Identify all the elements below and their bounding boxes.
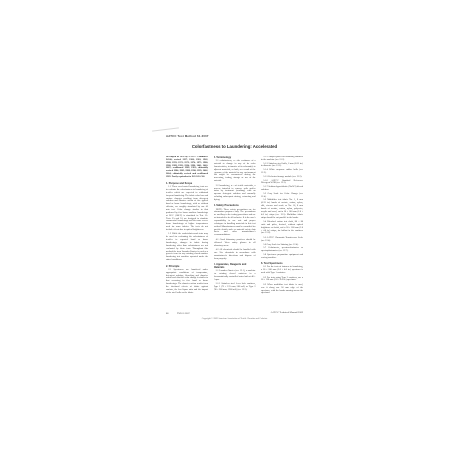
section-heading-principle: 2. Principle: [166, 265, 208, 268]
column-1: Developed in 1956 by AATCC Committee RA6…: [166, 156, 208, 308]
paragraph: 5.3 Multifiber test fabric No. 1, 8 mm (…: [261, 199, 303, 219]
section-heading-purpose-and-scope: 1. Purpose and Scope: [166, 182, 208, 185]
document-body-columns: Developed in 1956 by AATCC Committee RA6…: [166, 156, 303, 308]
development-history-note: Developed in 1956 by AATCC Committee RA6…: [166, 156, 208, 179]
list-item: 5.1.7 Sodium hypochlorite (NaOCl) bleach…: [261, 186, 303, 192]
list-item: 5.8 Specimen preparation equipment and s…: [261, 254, 303, 260]
scan-artifact-line: [152, 127, 179, 131]
footer-manual-ref: AATCC Technical Manual/2009: [166, 311, 303, 314]
paragraph: NOTE: These safety precautions are for i…: [214, 209, 256, 238]
list-item: 5.6 Gray Scale for Staining (see 12.4).: [261, 244, 303, 247]
document-header-ref: AATCC Test Method 61-2007: [166, 134, 209, 138]
list-item: 5.1.4 White neoprene rubber balls (see 1…: [261, 169, 303, 175]
paragraph: 6.2 For tests using Type 2 canisters, us…: [261, 277, 303, 283]
paragraph: 6.1 For the tests of fastness to launder…: [261, 266, 303, 275]
list-item: 5.7 Colorimeter, spectrocolorimeter or s…: [261, 247, 303, 253]
paragraph: 6.3 When multifiber test fabric is used,…: [261, 284, 303, 295]
paragraph: 5.1.1 Stainless steel lever lock caniste…: [214, 283, 256, 292]
list-item: 5.1.6 AATCC Standard Reference Detergent…: [261, 180, 303, 186]
list-item: 5.1.2 Adapter plates for mounting canist…: [261, 156, 303, 162]
list-item: 5.1.3 Stainless steel balls, 6 mm (0.25 …: [261, 163, 303, 169]
section-heading-terminology: 3. Terminology: [214, 156, 256, 159]
paragraph: 3.2 laundering, n.—of textile materials,…: [214, 185, 256, 202]
list-item: 5.5 AATCC Chromatic Transference Scale (…: [261, 237, 303, 243]
page-title: Colorfastness to Laundering: Accelerated: [166, 144, 303, 149]
column-2: 3. Terminology 3.1 colorfastness, n.—the…: [214, 156, 256, 308]
footer-copyright-line: Copyright © 2009 American Association of…: [166, 318, 303, 320]
list-item: 5.1.5 Preheater/storage module (see 12.2…: [261, 176, 303, 179]
paragraph: 5.1 Launder-Ometer (see 12.1), a machine…: [214, 270, 256, 281]
list-item: 5.2 Gray Scale for Color Change (see 12.…: [261, 193, 303, 199]
section-heading-apparatus: 5. Apparatus, Reagents and Materials: [214, 263, 256, 269]
section-heading-test-specimens: 6. Test Specimens: [261, 262, 303, 265]
column-3: 5.1.2 Adapter plates for mounting canist…: [261, 156, 303, 308]
paragraph: 1.2 While the wash-fabric-wash tests may…: [166, 233, 208, 262]
paragraph: 4.2 All chemicals should be handled with…: [214, 249, 256, 260]
paragraph: 1.1 These accelerated laundering tests a…: [166, 186, 208, 232]
paragraph: 5.4 Bleached cotton test cloth, 80 × 80 …: [261, 221, 303, 235]
paragraph: 2.1 Specimens are laundered under approp…: [166, 269, 208, 295]
paragraph: 3.1 colorfastness, n.—the resistance of …: [214, 160, 256, 183]
paragraph: 4.1 Good laboratory practices should be …: [214, 239, 256, 248]
section-heading-safety-precautions: 4. Safety Precautions: [214, 204, 256, 207]
scanned-document-page: AATCC Test Method 61-2007 Colorfastness …: [0, 0, 458, 458]
